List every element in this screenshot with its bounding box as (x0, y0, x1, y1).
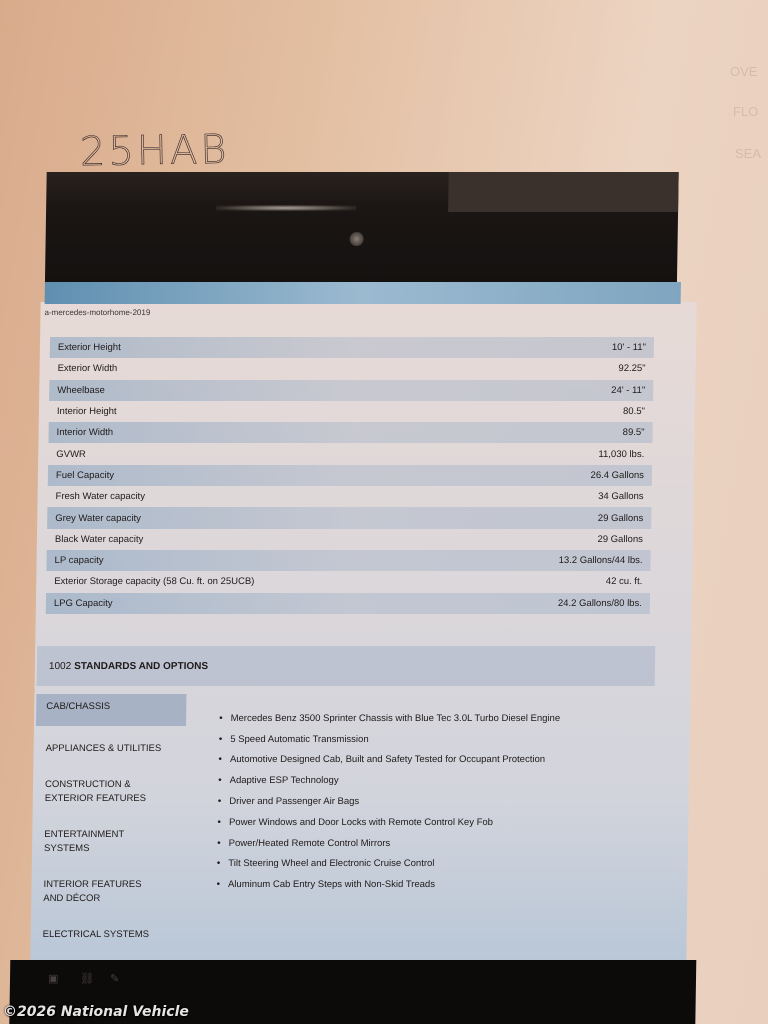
standard-item: Adaptive ESP Technology (218, 770, 658, 791)
category-tab[interactable]: ELECTRICAL SYSTEMS (33, 922, 173, 948)
spec-label: Exterior Height (58, 342, 121, 353)
standard-item: Aluminum Cab Entry Steps with Non-Skid T… (216, 874, 656, 895)
standard-item: Automotive Designed Cab, Built and Safet… (218, 750, 658, 771)
spec-label: GVWR (56, 449, 86, 460)
spec-row: Exterior Height10' - 11" (50, 337, 654, 358)
standard-item: Power/Heated Remote Control Mirrors (217, 833, 657, 854)
spec-label: Black Water capacity (55, 534, 144, 545)
spec-value: 89.5" (623, 427, 645, 438)
spec-label: Exterior Width (58, 363, 118, 374)
standards-title: STANDARDS AND OPTIONS (74, 661, 208, 672)
printed-webpage: a-mercedes-motorhome-2019 Exterior Heigh… (9, 172, 708, 1024)
category-tab[interactable]: CONSTRUCTION & EXTERIOR FEATURES (35, 772, 176, 812)
spec-value: 13.2 Gallons/44 lbs. (559, 555, 643, 566)
spec-row: Fuel Capacity26.4 Gallons (48, 465, 652, 486)
spec-value: 24' - 11" (611, 385, 645, 396)
link-icon[interactable]: ⛓ (80, 972, 92, 984)
spec-value: 11,030 lbs. (598, 449, 644, 460)
spec-row: Black Water capacity29 Gallons (47, 529, 651, 550)
handwritten-note: 25HAB (80, 127, 230, 176)
spec-label: Fuel Capacity (56, 470, 114, 481)
spec-value: 10' - 11" (612, 342, 646, 353)
hero-image (45, 172, 679, 282)
spec-label: LP capacity (55, 555, 104, 566)
standard-item: Tilt Steering Wheel and Electronic Cruis… (217, 854, 657, 875)
edit-icon[interactable]: ✎ (110, 972, 122, 984)
spec-label: Wheelbase (57, 385, 105, 396)
spec-value: 34 Gallons (598, 491, 644, 502)
spec-label: Interior Width (57, 427, 114, 438)
spec-row: GVWR11,030 lbs. (48, 443, 652, 464)
spec-value: 80.5" (623, 406, 645, 417)
spec-value: 92.25" (618, 363, 645, 374)
category-tab[interactable]: ENTERTAINMENT SYSTEMS (34, 822, 175, 862)
bleed-through-text: FLO (733, 104, 758, 119)
spec-value: 29 Gallons (598, 513, 644, 524)
category-tab[interactable]: APPLIANCES & UTILITIES (35, 736, 175, 762)
spec-row: Exterior Storage capacity (58 Cu. ft. on… (46, 571, 650, 592)
bleed-through-text: SEA (735, 146, 761, 161)
standards-category-tabs: CAB/CHASSISAPPLIANCES & UTILITIESCONSTRU… (33, 694, 187, 948)
spec-value: 42 cu. ft. (606, 576, 643, 587)
standard-item: Driver and Passenger Air Bags (218, 791, 658, 812)
spec-row: Exterior Width92.25" (49, 358, 653, 379)
bleed-through-text: OVE (730, 64, 757, 79)
page-url-fragment: a-mercedes-motorhome-2019 (44, 308, 150, 317)
nav-band (45, 282, 681, 304)
standard-item: Mercedes Benz 3500 Sprinter Chassis with… (219, 708, 659, 729)
light-dot (350, 232, 364, 246)
spec-row: Interior Width89.5" (48, 422, 652, 443)
standards-count: 1002 (49, 661, 71, 672)
spec-value: 24.2 Gallons/80 lbs. (558, 598, 642, 609)
spec-value: 26.4 Gallons (590, 470, 644, 481)
watermark: ©2026 National Vehicle (3, 1004, 189, 1020)
spec-value: 29 Gallons (597, 534, 643, 545)
spec-label: Exterior Storage capacity (58 Cu. ft. on… (54, 576, 254, 587)
spec-label: LPG Capacity (54, 598, 113, 609)
spec-label: Grey Water capacity (55, 513, 141, 524)
standards-list: Mercedes Benz 3500 Sprinter Chassis with… (216, 708, 659, 895)
light-reflection (216, 205, 356, 211)
spec-row: Fresh Water capacity34 Gallons (47, 486, 651, 507)
spec-label: Fresh Water capacity (56, 491, 146, 502)
category-tab[interactable]: INTERIOR FEATURES AND DÉCOR (33, 872, 174, 912)
standard-item: Power Windows and Door Locks with Remote… (217, 812, 657, 833)
specifications-table: Exterior Height10' - 11"Exterior Width92… (46, 337, 654, 614)
spec-row: Grey Water capacity29 Gallons (47, 507, 651, 528)
spec-label: Interior Height (57, 406, 117, 417)
standard-item: 5 Speed Automatic Transmission (219, 729, 659, 750)
spec-row: Wheelbase24' - 11" (49, 380, 653, 401)
file-explorer-icon[interactable]: ▣ (48, 972, 60, 984)
standards-header: 1002 STANDARDS AND OPTIONS (37, 646, 656, 686)
spec-row: LPG Capacity24.2 Gallons/80 lbs. (46, 593, 650, 614)
spec-row: Interior Height80.5" (49, 401, 653, 422)
category-tab[interactable]: CAB/CHASSIS (36, 694, 187, 726)
spec-row: LP capacity13.2 Gallons/44 lbs. (46, 550, 650, 571)
